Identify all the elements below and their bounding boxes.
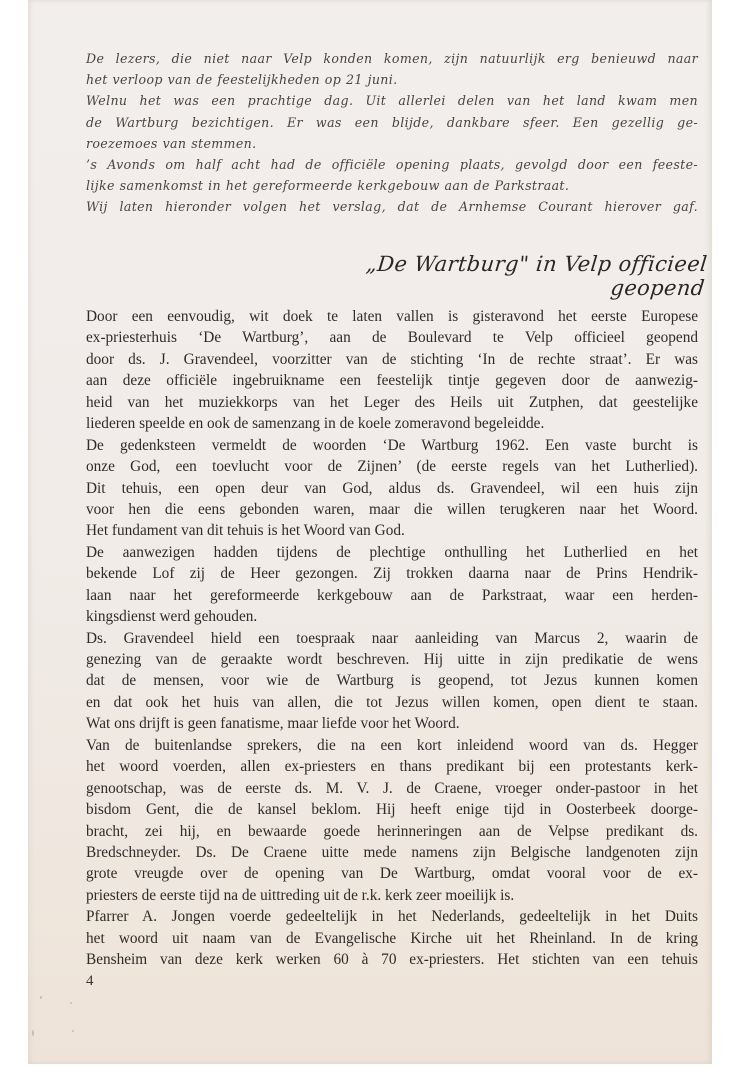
paper-speck	[40, 996, 42, 999]
paper-speck	[32, 1030, 34, 1036]
body-line: het woord voerden, allen ex-priesters en…	[86, 756, 698, 777]
body-line: heid van het muziekkorps van het Leger d…	[86, 392, 698, 413]
body-line: onze God, een toevlucht voor de Zijnen’ …	[86, 456, 698, 477]
body-line: bisdom Gent, die de kansel beklom. Hij h…	[86, 799, 698, 820]
body-line: voor hen die eens gebonden waren, maar d…	[86, 499, 698, 520]
intro-line: Welnu het was een prachtige dag. Uit all…	[86, 90, 698, 111]
intro-line: ’s Avonds om half acht had de officiële …	[86, 154, 698, 175]
scanned-page: De lezers, die niet naar Velp konden kom…	[28, 0, 712, 1064]
body-line: dat de mensen, voor wie de Wartburg is g…	[86, 670, 698, 691]
body-line: priesters de eerste tijd na de uittredin…	[86, 885, 698, 906]
article-title: „De Wartburg" in Velp officieel geopend	[313, 252, 708, 300]
body-line: Pfarrer A. Jongen voerde gedeeltelijk in…	[86, 906, 698, 927]
body-line: Het fundament van dit tehuis is het Woor…	[86, 520, 698, 541]
paper-speck	[70, 1002, 72, 1004]
intro-paragraph: De lezers, die niet naar Velp konden kom…	[86, 48, 698, 218]
intro-line: roezemoes van stemmen.	[86, 133, 698, 154]
article-body: Door een eenvoudig, wit doek te laten va…	[86, 306, 698, 971]
body-line: door ds. J. Gravendeel, voorzitter van d…	[86, 349, 698, 370]
intro-line: lijke samenkomst in het gereformeerde ke…	[86, 175, 698, 196]
body-line: grote vreugde over de opening van De War…	[86, 863, 698, 884]
intro-line: De lezers, die niet naar Velp konden kom…	[86, 48, 698, 69]
body-line: aan deze officiële ingebruikname een fee…	[86, 370, 698, 391]
body-line: kingsdienst werd gehouden.	[86, 606, 698, 627]
paper-speck	[72, 1030, 74, 1032]
body-line: Bensheim van deze kerk werken 60 à 70 ex…	[86, 949, 698, 970]
body-line: Van de buitenlandse sprekers, die na een…	[86, 735, 698, 756]
body-line: liederen speelde en ook de samenzang in …	[86, 413, 698, 434]
body-line: Door een eenvoudig, wit doek te laten va…	[86, 306, 698, 327]
intro-line: Wij laten hieronder volgen het verslag, …	[86, 196, 698, 217]
body-line: Bredschneyder. Ds. De Craene uitte mede …	[86, 842, 698, 863]
body-line: bekende Lof zij de Heer gezongen. Zij tr…	[86, 563, 698, 584]
body-line: De aanwezigen hadden tijdens de plechtig…	[86, 542, 698, 563]
body-line: Ds. Gravendeel hield een toespraak naar …	[86, 628, 698, 649]
page-number: 4	[86, 973, 94, 990]
body-line: en dat ook het huis van allen, die tot J…	[86, 692, 698, 713]
intro-line: het verloop van de feestelijkheden op 21…	[86, 69, 698, 90]
body-line: genootschap, was de eerste ds. M. V. J. …	[86, 778, 698, 799]
body-line: De gedenksteen vermeldt de woorden ‘De W…	[86, 435, 698, 456]
body-line: bracht, zei hij, en bewaarde goede herin…	[86, 821, 698, 842]
body-line: laan naar het gereformeerde kerkgebouw a…	[86, 585, 698, 606]
body-line: ex-priesterhuis ‘De Wartburg’, aan de Bo…	[86, 327, 698, 348]
body-line: Wat ons drijft is geen fanatisme, maar l…	[86, 713, 698, 734]
body-line: het woord uit naam van de Evangelische K…	[86, 928, 698, 949]
body-line: Dit tehuis, een open deur van God, aldus…	[86, 478, 698, 499]
body-line: genezing van de geraakte wordt beschreve…	[86, 649, 698, 670]
intro-line: de Wartburg bezichtigen. Er was een blij…	[86, 112, 698, 133]
